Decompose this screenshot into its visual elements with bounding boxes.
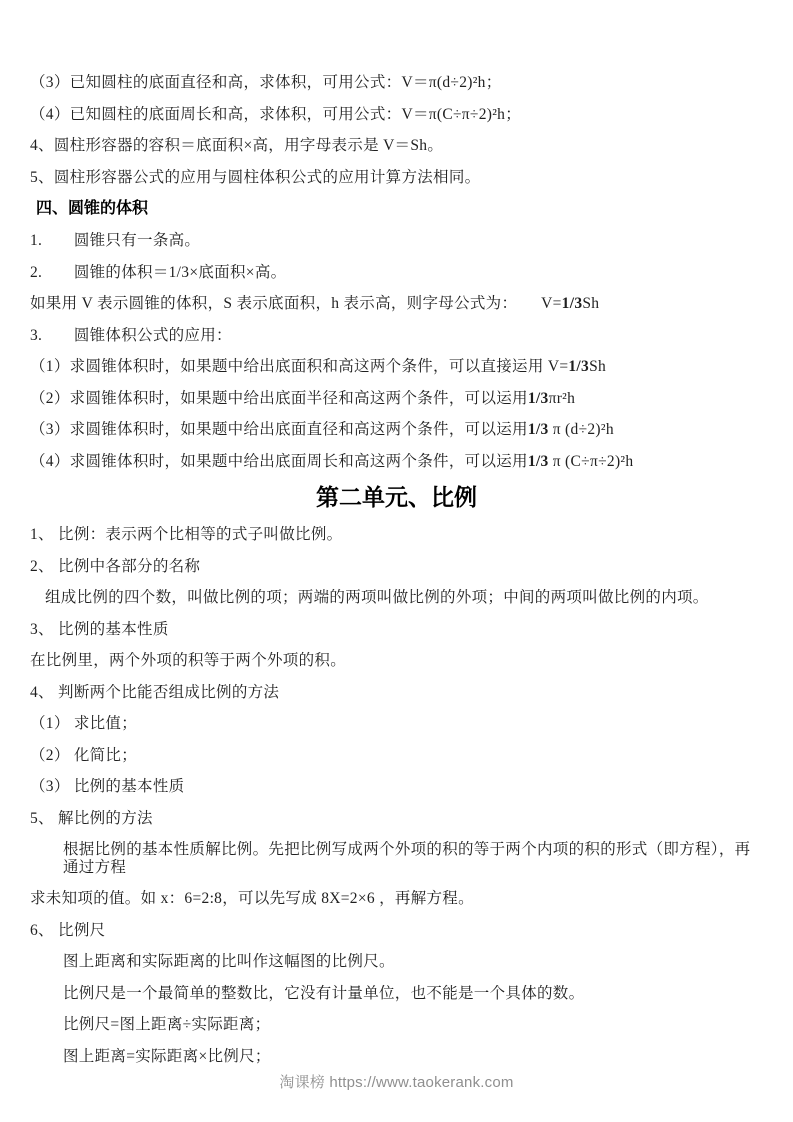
doc-line: 图上距离和实际距离的比叫作这幅图的比例尺。: [63, 953, 763, 971]
line-text: 1. 圆锥只有一条高。: [30, 232, 200, 249]
line-text: Sh: [589, 358, 606, 375]
footer-site-url: 淘课榜 https://www.taokerank.com: [279, 1074, 513, 1091]
line-text: 组成比例的四个数，叫做比例的项；两端的两项叫做比例的外项；中间的两项叫做比例的内…: [45, 589, 709, 606]
doc-line: （3）已知圆柱的底面直径和高，求体积，可用公式：V＝π(d÷2)²h；: [30, 74, 763, 92]
doc-line: 如果用 V 表示圆锥的体积，S 表示底面积，h 表示高，则字母公式为： V=1/…: [30, 295, 763, 313]
doc-line: （3）求圆锥体积时，如果题中给出底面直径和高这两个条件，可以运用1/3 π (d…: [30, 421, 763, 439]
doc-line: （1）求圆锥体积时，如果题中给出底面积和高这两个条件，可以直接运用 V=1/3S…: [30, 358, 763, 376]
line-text: （2） 化简比；: [30, 747, 137, 764]
line-text: 6、 比例尺: [30, 922, 105, 939]
line-text: Sh: [582, 295, 599, 312]
formula-fraction: 1/3: [568, 358, 589, 375]
watermark-footer: 淘课榜 https://www.taokerank.com: [0, 1071, 793, 1092]
doc-line: 5、 解比例的方法: [30, 810, 763, 828]
line-text: 在比例里，两个外项的积等于两个外项的积。: [30, 652, 346, 669]
doc-line: 3. 圆锥体积公式的应用：: [30, 327, 763, 345]
line-text: πr²h: [549, 390, 576, 407]
line-text: （4）求圆锥体积时，如果题中给出底面周长和高这两个条件，可以运用: [30, 453, 528, 470]
line-text: π (C÷π÷2)²h: [549, 453, 634, 470]
document-page: （3）已知圆柱的底面直径和高，求体积，可用公式：V＝π(d÷2)²h； （4）已…: [0, 0, 793, 1122]
formula-fraction: 1/3: [528, 453, 549, 470]
line-text: 根据比例的基本性质解比例。先把比例写成两个外项的积的等于两个内项的积的形式（即方…: [63, 841, 750, 876]
doc-line: （4）已知圆柱的底面周长和高，求体积，可用公式：V＝π(C÷π÷2)²h；: [30, 106, 763, 124]
doc-line: 图上距离=实际距离×比例尺；: [63, 1048, 763, 1066]
doc-line: 组成比例的四个数，叫做比例的项；两端的两项叫做比例的外项；中间的两项叫做比例的内…: [45, 589, 763, 607]
line-text: 5、 解比例的方法: [30, 810, 153, 827]
doc-line: （2）求圆锥体积时，如果题中给出底面半径和高这两个条件，可以运用1/3πr²h: [30, 390, 763, 408]
line-text: （2）求圆锥体积时，如果题中给出底面半径和高这两个条件，可以运用: [30, 390, 528, 407]
doc-line: （3） 比例的基本性质: [30, 778, 763, 796]
doc-line: 5、圆柱形容器公式的应用与圆柱体积公式的应用计算方法相同。: [30, 169, 763, 187]
formula-fraction: 1/3: [562, 295, 583, 312]
line-text: 3. 圆锥体积公式的应用：: [30, 327, 232, 344]
line-text: （1）求圆锥体积时，如果题中给出底面积和高这两个条件，可以直接运用 V=: [30, 358, 568, 375]
doc-line: 4、 判断两个比能否组成比例的方法: [30, 684, 763, 702]
formula-fraction: 1/3: [528, 421, 549, 438]
section-heading-cone-volume: 四、圆锥的体积: [36, 200, 763, 218]
line-text: 3、 比例的基本性质: [30, 621, 169, 638]
line-text: 5、圆柱形容器公式的应用与圆柱体积公式的应用计算方法相同。: [30, 169, 480, 186]
line-text: （3）求圆锥体积时，如果题中给出底面直径和高这两个条件，可以运用: [30, 421, 528, 438]
doc-line: 2. 圆锥的体积＝1/3×底面积×高。: [30, 264, 763, 282]
doc-line: 6、 比例尺: [30, 922, 763, 940]
line-text: 4、圆柱形容器的容积＝底面积×高，用字母表示是 V＝Sh。: [30, 137, 443, 154]
line-text: 如果用 V 表示圆锥的体积，S 表示底面积，h 表示高，则字母公式为： V=: [30, 295, 562, 312]
doc-line: 2、 比例中各部分的名称: [30, 558, 763, 576]
line-text: 2. 圆锥的体积＝1/3×底面积×高。: [30, 264, 286, 281]
line-text: 比例尺是一个最简单的整数比，它没有计量单位，也不能是一个具体的数。: [63, 985, 584, 1002]
doc-line: 比例尺=图上距离÷实际距离；: [63, 1016, 763, 1034]
doc-line: 求未知项的值。如 x：6=2:8，可以先写成 8X=2×6 ，再解方程。: [30, 890, 763, 908]
doc-line: 1. 圆锥只有一条高。: [30, 232, 763, 250]
doc-line: 4、圆柱形容器的容积＝底面积×高，用字母表示是 V＝Sh。: [30, 137, 763, 155]
line-text: 1、 比例：表示两个比相等的式子叫做比例。: [30, 526, 342, 543]
doc-line: 根据比例的基本性质解比例。先把比例写成两个外项的积的等于两个内项的积的形式（即方…: [63, 841, 763, 876]
line-text: （4）已知圆柱的底面周长和高，求体积，可用公式：V＝π(C÷π÷2)²h；: [30, 106, 521, 123]
line-text: 4、 判断两个比能否组成比例的方法: [30, 684, 279, 701]
unit-heading-proportion: 第二单元、比例: [30, 484, 763, 510]
line-text: 比例尺=图上距离÷实际距离；: [63, 1016, 270, 1033]
line-text: 图上距离=实际距离×比例尺；: [63, 1048, 271, 1065]
line-text: （3）已知圆柱的底面直径和高，求体积，可用公式：V＝π(d÷2)²h；: [30, 74, 502, 91]
line-text: 2、 比例中各部分的名称: [30, 558, 200, 575]
formula-fraction: 1/3: [528, 390, 549, 407]
doc-line: （4）求圆锥体积时，如果题中给出底面周长和高这两个条件，可以运用1/3 π (C…: [30, 453, 763, 471]
line-text: （3） 比例的基本性质: [30, 778, 184, 795]
doc-line: 3、 比例的基本性质: [30, 621, 763, 639]
line-text: 图上距离和实际距离的比叫作这幅图的比例尺。: [63, 953, 395, 970]
doc-line: 1、 比例：表示两个比相等的式子叫做比例。: [30, 526, 763, 544]
doc-line: （2） 化简比；: [30, 747, 763, 765]
line-text: （1） 求比值；: [30, 715, 137, 732]
line-text: π (d÷2)²h: [549, 421, 614, 438]
line-text: 求未知项的值。如 x：6=2:8，可以先写成 8X=2×6 ，再解方程。: [30, 890, 474, 907]
doc-line: 比例尺是一个最简单的整数比，它没有计量单位，也不能是一个具体的数。: [63, 985, 763, 1003]
doc-line: 在比例里，两个外项的积等于两个外项的积。: [30, 652, 763, 670]
doc-line: （1） 求比值；: [30, 715, 763, 733]
